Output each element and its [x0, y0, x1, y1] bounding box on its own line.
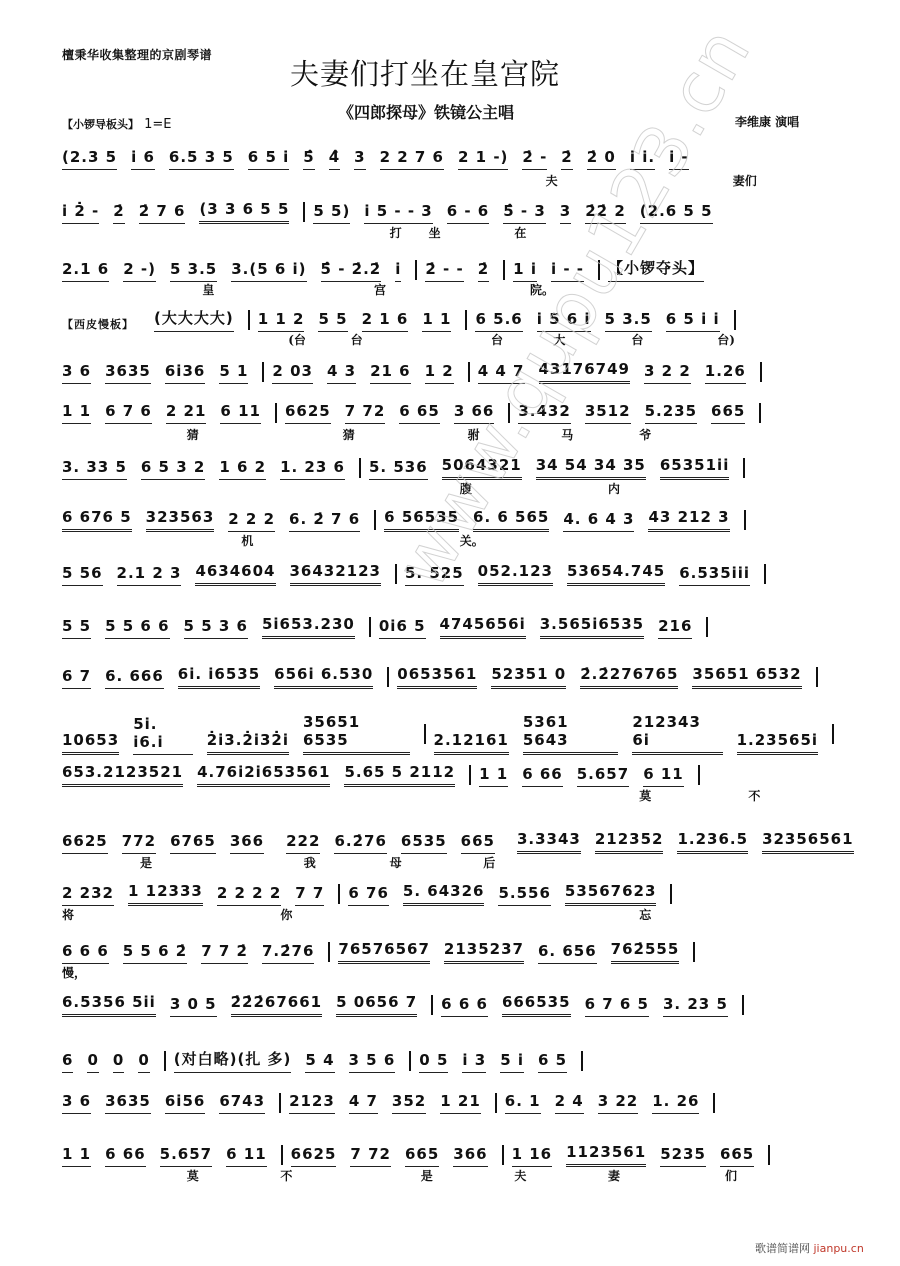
- note-group: 1 1: [479, 765, 508, 787]
- lyric-syllable: 是: [421, 1167, 433, 1184]
- notes-line: 6 6 65 5 6 2̇7 7 2̇7.2̇76765765672135237…: [62, 940, 842, 964]
- barline: [328, 942, 330, 962]
- note-group: 5 4: [305, 1051, 334, 1073]
- lyric-syllable: 将: [62, 906, 74, 923]
- note-group: 1 1: [62, 402, 91, 424]
- note-group: 2 1 -): [458, 148, 508, 170]
- note-group: 3.565i6535: [540, 615, 644, 639]
- barline: [465, 310, 467, 330]
- note-group: 7 72: [345, 402, 386, 424]
- note-group: 665: [405, 1145, 439, 1167]
- lyric-syllable: 猜: [343, 426, 355, 443]
- note-group: 6: [62, 1051, 73, 1073]
- notes-line: 3 636356i56674321234 73521 216. 12 43 22…: [62, 1092, 842, 1114]
- barline: [279, 1093, 281, 1113]
- lyric-syllable: 机: [241, 532, 253, 549]
- tempo-label: 【小锣导板头】: [62, 118, 139, 131]
- note-group: 5 i: [500, 1051, 524, 1073]
- score-row: 106535i. i6.i2̇i3.2̇i32̇i35651 65352.121…: [62, 713, 842, 757]
- note-group: 35651 6532: [692, 665, 801, 689]
- note-group: 5361 5643: [523, 713, 618, 755]
- notes-line: 653.21235214.76i2i6535615.65 5 21121 16 …: [62, 763, 842, 787]
- lyric-syllable: 皇: [202, 281, 214, 298]
- lyric-syllable: 不: [280, 1167, 292, 1184]
- lyric-syllable: 后: [483, 854, 495, 871]
- note-group: (大大大大): [154, 307, 234, 332]
- note-group: 3. 23 5: [663, 995, 728, 1017]
- note-group: 666535: [502, 993, 571, 1017]
- barline: [281, 1145, 283, 1165]
- note-group: 2̇: [561, 148, 572, 170]
- barline: [469, 765, 471, 785]
- barline: [431, 995, 433, 1015]
- notes-line: 6000(对白略)(扎 多)5 43 5 60 5i 35 i6 5: [62, 1048, 842, 1073]
- note-group: 2̇.2̇276765: [580, 665, 678, 689]
- note-group: 6535: [401, 832, 447, 854]
- barline: [374, 510, 376, 530]
- lyric-syllable: 马: [561, 426, 573, 443]
- score-row: 6 76. 6666i. i6535656i 6.530065356152351…: [62, 665, 842, 709]
- note-group: (对白略)(扎 多): [174, 1048, 292, 1073]
- note-group: 4745656i: [440, 615, 526, 639]
- note-group: 76576567: [338, 940, 430, 964]
- note-group: 1.236.5: [677, 830, 748, 854]
- note-group: 34 54 34 35: [536, 456, 646, 480]
- footer-site-url: jianpu.cn: [814, 1242, 864, 1255]
- note-group: 5235: [660, 1145, 706, 1167]
- note-group: 2̇ 7 6: [139, 202, 186, 224]
- note-group: 366: [230, 832, 264, 854]
- note-group: 5 5 6 2̇: [123, 942, 187, 964]
- barline: [424, 724, 426, 744]
- barline: [503, 260, 505, 280]
- note-group: 5. 536: [369, 458, 428, 480]
- barline: [744, 510, 746, 530]
- note-group: 6 11: [220, 402, 261, 424]
- note-group: 3635: [105, 362, 151, 384]
- barline: [832, 724, 834, 744]
- lyric-syllable: 母: [390, 854, 402, 871]
- note-group: 43 212 3: [648, 508, 729, 532]
- score-row: 662577267653662226.2̇7665356653.33432123…: [62, 830, 842, 874]
- barline: [581, 1051, 583, 1071]
- note-group: 2 4: [555, 1092, 584, 1114]
- barline: [768, 1145, 770, 1165]
- note-group: 212352: [595, 830, 664, 854]
- note-group: 2123: [289, 1092, 335, 1114]
- note-group: 6 5 i i: [666, 310, 720, 332]
- lyric-syllable: 你: [280, 906, 292, 923]
- note-group: (2.3 5: [62, 148, 117, 170]
- tempo-key-line: 【小锣导板头】 1=E: [62, 113, 171, 132]
- note-group: 2.12161: [434, 731, 509, 755]
- note-group: 1 21: [440, 1092, 481, 1114]
- lyric-syllable: 妻: [608, 1167, 620, 1184]
- barline: [468, 362, 470, 382]
- note-group: 5 5 6 6: [105, 617, 169, 639]
- lyric-syllable: 夫: [546, 172, 558, 189]
- note-group: 0: [87, 1051, 98, 1073]
- note-group: 6 66: [105, 1145, 146, 1167]
- note-group: 1123561: [566, 1143, 646, 1167]
- notes-line: 2 2321 123332 2 2 27 76 765. 643265.5565…: [62, 882, 842, 906]
- note-group: 6 11: [226, 1145, 267, 1167]
- notes-line: 1 16 665.6576 1166257 726653661 16112356…: [62, 1143, 842, 1167]
- note-group: 1 2: [425, 362, 454, 384]
- lyric-syllable: 慢，: [62, 964, 86, 981]
- lyric-syllable: 夫: [514, 1167, 526, 1184]
- lyric-syllable: 猜: [187, 426, 199, 443]
- note-group: 10653: [62, 731, 119, 755]
- note-group: 5.657: [577, 765, 629, 787]
- barline: [764, 564, 766, 584]
- note-group: i 3: [462, 1051, 486, 1073]
- note-group: 6 - 6: [447, 202, 490, 224]
- score-row: 3 636356i365 12 034 321 61 24 4 74317674…: [62, 360, 842, 404]
- notes-line: (2.3 5i 66.5 3 56 5 i5̂4̂32 2 7 62 1 -)2…: [62, 148, 842, 170]
- note-group: 6625: [285, 402, 331, 424]
- notes-line: 6.5356 5ii3 0 52̇2̇2̇676615 0656 76 6 66…: [62, 993, 842, 1017]
- note-group: 3635: [105, 1092, 151, 1114]
- note-group: 7 72: [350, 1145, 391, 1167]
- barline: [387, 667, 389, 687]
- note-group: 6625: [291, 1145, 337, 1167]
- score-row: 2 2321 123332 2 2 27 76 765. 643265.5565…: [62, 882, 842, 926]
- note-group: 772: [122, 832, 156, 854]
- note-group: 1 1: [422, 310, 451, 332]
- note-group: 1. 23 6: [280, 458, 345, 480]
- notes-line: 【西皮慢板】(大大大大)1 1 25 52 1 61 16 5.6i 5 6 i…: [62, 307, 842, 332]
- note-group: 5̂: [303, 148, 314, 170]
- note-group: 53654.745: [567, 562, 665, 586]
- note-group: 3: [354, 148, 365, 170]
- barline: [359, 458, 361, 478]
- lyric-syllable: 们: [725, 1167, 737, 1184]
- notes-line: 5 55 5 6 65 5 3 65i653.2300i6 54745656i3…: [62, 615, 842, 639]
- note-group: 216: [658, 617, 692, 639]
- lyric-syllable: 打: [390, 224, 402, 241]
- barline: [743, 458, 745, 478]
- note-group: 6 7: [62, 667, 91, 689]
- note-group: 3 22: [598, 1092, 639, 1114]
- performer-credit: 李维康 演唱: [735, 113, 799, 130]
- note-group: 4 3: [327, 362, 356, 384]
- note-group: 6. 656: [538, 942, 597, 964]
- note-group: 665: [720, 1145, 754, 1167]
- note-group: 5.657: [160, 1145, 212, 1167]
- note-group: 665: [461, 832, 495, 854]
- note-group: 1 6 2: [219, 458, 266, 480]
- barline: [816, 667, 818, 687]
- note-group: 1 1: [62, 1145, 91, 1167]
- note-group: 4.76i2i653561: [197, 763, 330, 787]
- note-group: 5.65 5 2112: [344, 763, 455, 787]
- note-group: 665: [711, 402, 745, 424]
- score-row: 1 16 665.6576 1166257 726653661 16112356…: [62, 1143, 842, 1187]
- lyric-syllable: 莫: [187, 1167, 199, 1184]
- note-group: 3. 33 5: [62, 458, 127, 480]
- lyric-syllable: 台: [631, 331, 643, 348]
- section-label: 【西皮慢板】: [62, 316, 134, 332]
- note-group: 2.1 2 3: [117, 564, 182, 586]
- note-group: 2̇i3.2̇i32̇i: [207, 731, 289, 755]
- note-group: 5i. i6.i: [133, 715, 193, 755]
- barline: [713, 1093, 715, 1113]
- notes-line: 662577267653662226.2̇7665356653.33432123…: [62, 830, 842, 854]
- note-group: 2 21: [166, 402, 207, 424]
- score-row: 6.5356 5ii3 0 52̇2̇2̇676615 0656 76 6 66…: [62, 993, 842, 1037]
- collector-credit: 檀秉华收集整理的京剧琴谱: [62, 46, 212, 63]
- barline: [706, 617, 708, 637]
- note-group: 5̂ - 3: [503, 202, 546, 224]
- note-group: 212343 6i: [632, 713, 722, 755]
- note-group: 2̇ - -: [425, 260, 463, 282]
- lyric-syllable: 坐: [429, 224, 441, 241]
- score-row: 2.1 62 -)5 3.53.(5 6 i)5̂ - 2̇.2̇i2̇ - -…: [62, 257, 842, 301]
- note-group: 656i 6.530: [274, 665, 373, 689]
- note-group: 5 5: [318, 310, 347, 332]
- lyric-syllable: 是: [140, 854, 152, 871]
- lyric-syllable: 台: [351, 331, 363, 348]
- note-group: 1.23565i: [737, 731, 818, 755]
- note-group: 3: [560, 202, 571, 224]
- note-group: 2 1 6: [362, 310, 409, 332]
- barline: [502, 1145, 504, 1165]
- notes-line: 1 16 7 62 216 1166257 726 653 663.432351…: [62, 402, 842, 424]
- score-row: 6 6 65 5 6 2̇7 7 2̇7.2̇76765765672135237…: [62, 940, 842, 984]
- song-title: 夫妻们打坐在皇宫院: [290, 52, 560, 93]
- song-subtitle: 《四郎探母》铁镜公主唱: [338, 100, 514, 123]
- lyric-syllable: (台: [288, 331, 306, 348]
- note-group: 2̇: [478, 260, 489, 282]
- note-group: 6 6 6: [62, 942, 109, 964]
- note-group: 1 16: [512, 1145, 553, 1167]
- lyric-syllable: 妻们: [733, 172, 757, 189]
- barline: [409, 1051, 411, 1071]
- note-group: 6. 2̇ 7 6: [289, 510, 360, 532]
- note-group: 53567623: [565, 882, 657, 906]
- note-group: 4. 6 4 3: [563, 510, 634, 532]
- note-group: 35651 6535: [303, 713, 410, 755]
- note-group: 3 6: [62, 362, 91, 384]
- note-group: 3 5 6: [349, 1051, 396, 1073]
- note-group: 5.556: [498, 884, 550, 906]
- lyric-syllable: 爷: [639, 426, 651, 443]
- note-group: 3 6: [62, 1092, 91, 1114]
- note-group: 3.3343: [517, 830, 581, 854]
- note-group: 6i36: [165, 362, 205, 384]
- note-group: 2̇2̇2̇67661: [231, 993, 323, 1017]
- note-group: 6743: [219, 1092, 265, 1114]
- note-group: 323563: [146, 508, 215, 532]
- note-group: 3 2 2: [644, 362, 691, 384]
- note-group: i 2̇ -: [62, 202, 99, 224]
- barline: [760, 362, 762, 382]
- note-group: 366: [453, 1145, 487, 1167]
- footer-credit: 歌谱简谱网 jianpu.cn: [755, 1240, 864, 1256]
- note-group: 6 7 6 5: [585, 995, 649, 1017]
- notes-line: 106535i. i6.i2̇i3.2̇i32̇i35651 65352.121…: [62, 713, 842, 755]
- barline: [734, 310, 736, 330]
- note-group: 5 5: [62, 617, 91, 639]
- note-group: 6 676 5: [62, 508, 132, 532]
- note-group: 6 66: [522, 765, 563, 787]
- note-group: 6.5356 5ii: [62, 993, 156, 1017]
- note-group: 4 7: [349, 1092, 378, 1114]
- note-group: 6. 666: [105, 667, 164, 689]
- note-group: 6i. i6535: [178, 665, 260, 689]
- note-group: 6 7 6: [105, 402, 152, 424]
- note-group: 52351 0: [491, 665, 566, 689]
- note-group: 222: [286, 832, 320, 854]
- note-group: (3 3 6 5 5: [199, 200, 289, 224]
- note-group: 762̇555: [611, 940, 680, 964]
- note-group: 653.2123521: [62, 763, 183, 787]
- footer-site-name: 歌谱简谱网: [755, 1242, 810, 1255]
- score-row: 5 55 5 6 65 5 3 65i653.2300i6 54745656i3…: [62, 615, 842, 659]
- lyric-syllable: 宫: [374, 281, 386, 298]
- note-group: 052.123: [478, 562, 553, 586]
- note-group: 32356561: [762, 830, 854, 854]
- key-signature: 1=E: [144, 117, 171, 132]
- note-group: 6 5: [538, 1051, 567, 1073]
- notes-line: 3 636356i365 12 034 321 61 24 4 74317674…: [62, 360, 842, 384]
- note-group: 1 i: [513, 260, 537, 282]
- note-group: 1. 26: [652, 1092, 699, 1114]
- note-group: i 6: [131, 148, 155, 170]
- note-group: 2 2 2: [228, 510, 275, 532]
- barline: [759, 403, 761, 423]
- note-group: 5i653.230: [262, 615, 355, 639]
- lyric-syllable: 不: [748, 787, 760, 804]
- note-group: 5 5): [313, 202, 350, 224]
- score-row: 6000(对白略)(扎 多)5 43 5 60 5i 35 i6 5: [62, 1048, 842, 1092]
- note-group: 4634604: [195, 562, 275, 586]
- note-group: 6 6 6: [441, 995, 488, 1017]
- lyric-syllable: 台: [491, 331, 503, 348]
- note-group: 6 5 i: [248, 148, 289, 170]
- note-group: i 5 - - 3: [364, 202, 432, 224]
- note-group: 6i56: [165, 1092, 205, 1114]
- note-group: 1.26: [705, 362, 746, 384]
- lyric-syllable: 台): [717, 331, 735, 348]
- note-group: 5̂ - 2̇.2̇: [321, 260, 382, 282]
- note-group: 6. 1: [505, 1092, 541, 1114]
- note-group: 6.2̇76: [334, 832, 386, 854]
- barline: [369, 617, 371, 637]
- note-group: 7.2̇76: [262, 942, 314, 964]
- note-group: 2 2 7 6: [380, 148, 444, 170]
- note-group: 2 -): [123, 260, 156, 282]
- barline: [495, 1093, 497, 1113]
- note-group: 3512: [585, 402, 631, 424]
- note-group: 5 1: [219, 362, 248, 384]
- notes-line: 2.1 62 -)5 3.53.(5 6 i)5̂ - 2̇.2̇i2̇ - -…: [62, 257, 842, 282]
- note-group: 7 7 2̇: [201, 942, 248, 964]
- note-group: 6 11: [643, 765, 684, 787]
- note-group: 65351ii: [660, 456, 729, 480]
- note-group: 2 2 2 2: [217, 884, 281, 906]
- note-group: 2̇ -: [522, 148, 547, 170]
- barline: [415, 260, 417, 280]
- note-group: 6765: [170, 832, 216, 854]
- note-group: 0: [113, 1051, 124, 1073]
- note-group: 2 232: [62, 884, 114, 906]
- notes-line: i 2̇ -2̇2̇ 7 6(3 3 6 5 55 5)i 5 - - 36 -…: [62, 200, 842, 224]
- note-group: 5 5 3 6: [184, 617, 248, 639]
- score-row: 3 636356i56674321234 73521 216. 12 43 22…: [62, 1092, 842, 1136]
- barline: [693, 942, 695, 962]
- note-group: 0i6 5: [379, 617, 426, 639]
- notes-line: 6 76. 6666i. i6535656i 6.530065356152351…: [62, 665, 842, 689]
- note-group: 6 65: [399, 402, 440, 424]
- note-group: 7 7: [295, 884, 324, 906]
- score-row: (2.3 5i 66.5 3 56 5 i5̂4̂32 2 7 62 1 -)2…: [62, 148, 842, 192]
- note-group: 5 0656 7: [336, 993, 417, 1017]
- barline: [248, 310, 250, 330]
- note-group: 5.235: [645, 402, 697, 424]
- score-row: 【西皮慢板】(大大大大)1 1 25 52 1 61 16 5.6i 5 6 i…: [62, 307, 842, 351]
- note-group: 6.535iii: [679, 564, 750, 586]
- barline: [742, 995, 744, 1015]
- note-group: 3 0 5: [170, 995, 217, 1017]
- note-group: 2135237: [444, 940, 524, 964]
- note-group: 3.(5 6 i): [231, 260, 306, 282]
- note-group: 2.1 6: [62, 260, 109, 282]
- note-group: 1 12333: [128, 882, 203, 906]
- barline: [303, 202, 305, 222]
- note-group: i: [395, 260, 401, 282]
- lyric-syllable: 莫: [639, 787, 651, 804]
- note-group: 2̇: [113, 202, 124, 224]
- note-group: 36432123: [290, 562, 382, 586]
- note-group: 0653561: [397, 665, 477, 689]
- note-group: 6.5 3 5: [169, 148, 234, 170]
- note-group: 352: [392, 1092, 426, 1114]
- note-group: 1 1 2: [258, 310, 305, 332]
- barline: [338, 884, 340, 904]
- barline: [670, 884, 672, 904]
- note-group: 4̂: [329, 148, 340, 170]
- note-group: 6 5 3 2: [141, 458, 205, 480]
- lyric-syllable: 在: [514, 224, 526, 241]
- note-group: 0: [138, 1051, 149, 1073]
- note-group: 6 76: [348, 884, 389, 906]
- score-row: i 2̇ -2̇2̇ 7 6(3 3 6 5 55 5)i 5 - - 36 -…: [62, 200, 842, 244]
- barline: [275, 403, 277, 423]
- note-group: 2 03: [272, 362, 313, 384]
- note-group: 0 5: [419, 1051, 448, 1073]
- barline: [164, 1051, 166, 1071]
- note-group: 5. 64326: [403, 882, 485, 906]
- note-group: 5 3.5: [170, 260, 217, 282]
- note-group: 5 56: [62, 564, 103, 586]
- score-row: 653.21235214.76i2i6535615.65 5 21121 16 …: [62, 763, 842, 807]
- lyric-syllable: 我: [304, 854, 316, 871]
- lyric-syllable: 内: [608, 480, 620, 497]
- note-group: 21 6: [370, 362, 411, 384]
- lyric-syllable: 忘: [639, 906, 651, 923]
- barline: [698, 765, 700, 785]
- barline: [262, 362, 264, 382]
- note-group: 6625: [62, 832, 108, 854]
